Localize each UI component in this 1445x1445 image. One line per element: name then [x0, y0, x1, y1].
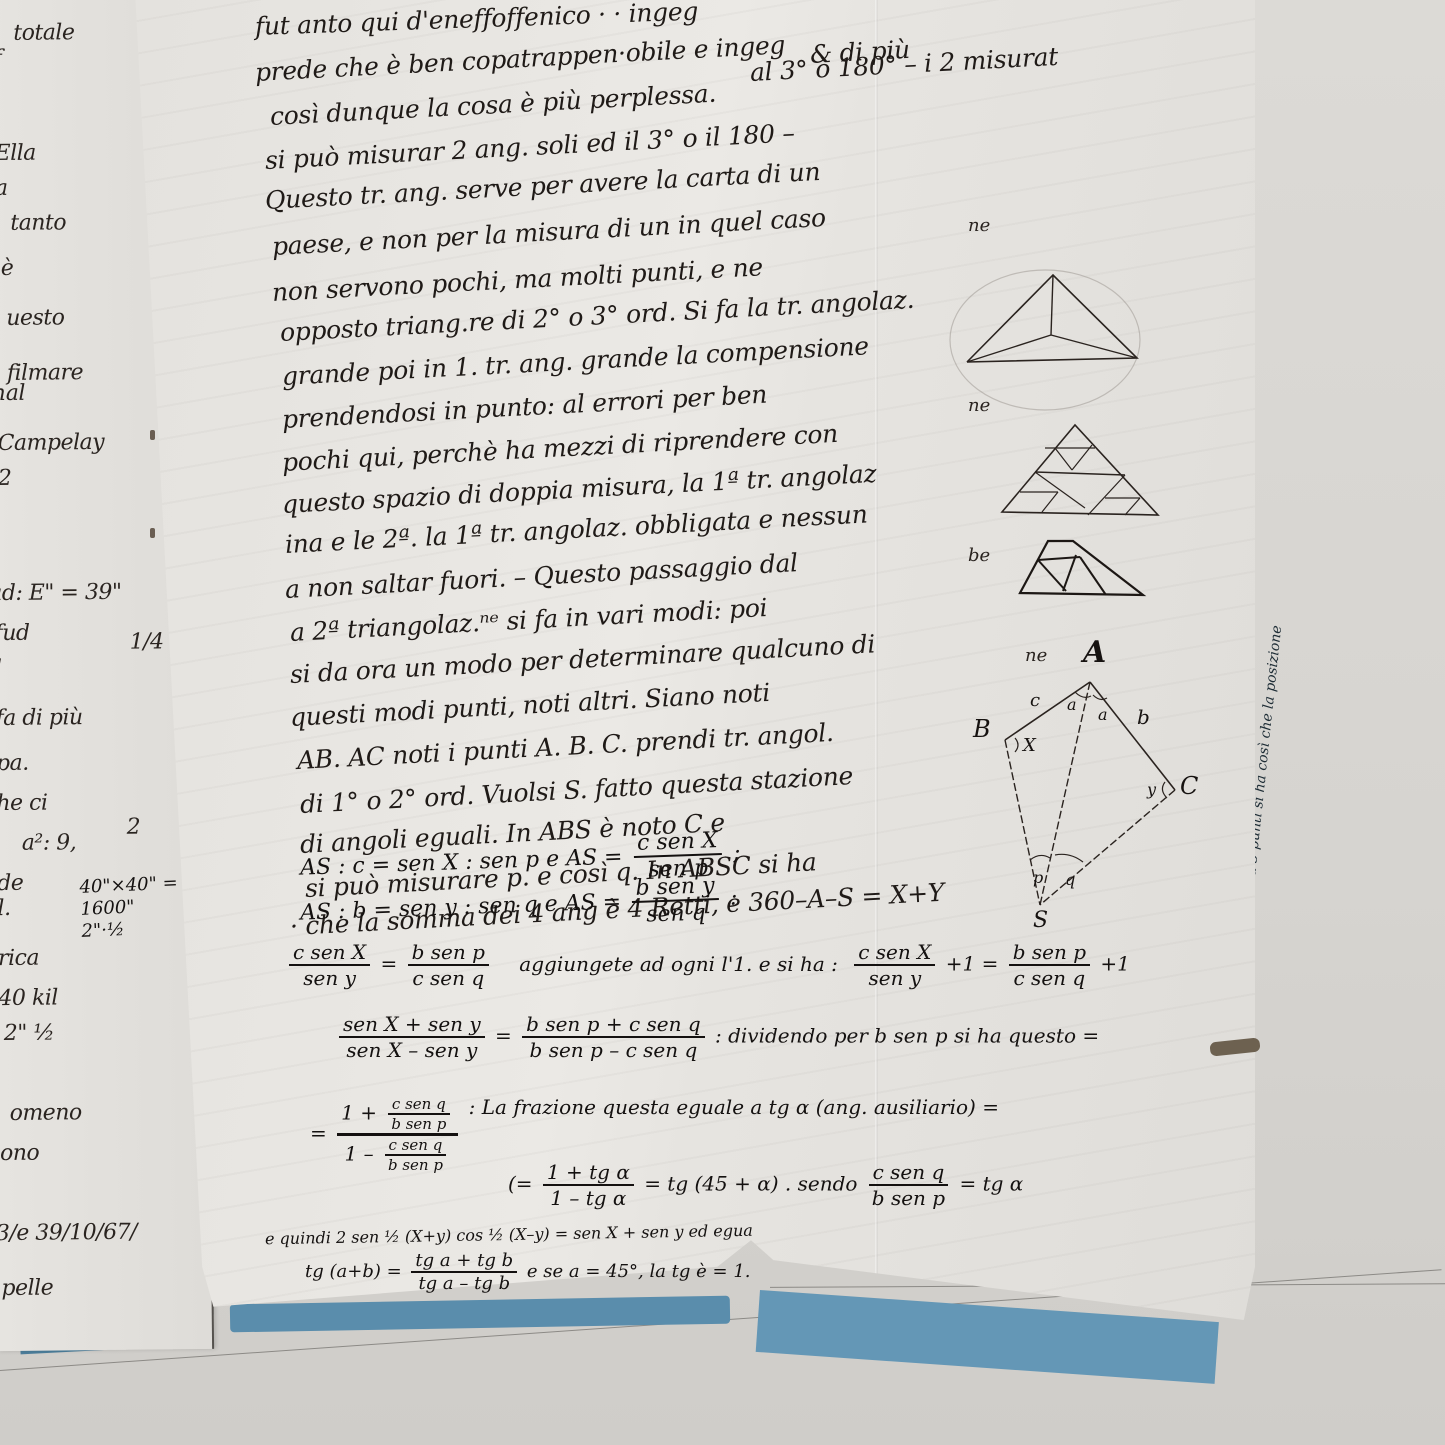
angle-label-y: y: [1147, 780, 1156, 799]
margin-word: be: [968, 545, 990, 566]
calc-line: 40"×40" =: [79, 872, 178, 898]
left-page-line: pelle: [1, 1276, 53, 1302]
left-page-line: hal: [0, 381, 25, 406]
diagram-quadrilateral-abcs: A B C S c b a a X y p q: [975, 640, 1215, 944]
vertex-label-a: A: [1083, 635, 1106, 670]
left-page-line: 2: [0, 466, 12, 491]
triangle-icon: [955, 260, 1155, 410]
left-page-line: pa.: [0, 751, 29, 776]
left-page-line: ono: [0, 1141, 39, 1166]
binding-stitch: [150, 430, 155, 440]
fraction: 1 + tg α 1 – tg α: [543, 1160, 634, 1210]
left-page-line: l.: [0, 896, 11, 921]
left-page-line: rica: [0, 946, 39, 971]
formula-tangent-sum: (= 1 + tg α 1 – tg α = tg (45 + α) . sen…: [508, 1160, 1023, 1210]
vertex-label-c: C: [1180, 772, 1198, 800]
left-page-line: 1/4: [130, 629, 164, 654]
angle-label-x: X: [1023, 735, 1036, 756]
binding-stitch: [150, 528, 155, 538]
triangle-subdivided-icon: [1018, 535, 1158, 600]
left-page-line: fa di più: [0, 705, 83, 731]
fraction: c sen X sen y: [289, 940, 370, 990]
angle-label-a: a: [1098, 705, 1108, 724]
diagram-triangle-interior-point: [955, 260, 1155, 414]
fraction: c sen q b sen p: [387, 1095, 450, 1133]
fraction: b sen p + c sen q b sen p – c sen q: [522, 1012, 704, 1062]
left-page-line: a²: 9,: [22, 830, 77, 856]
angle-label-a: a: [1067, 695, 1077, 714]
fraction: 1 + c sen q b sen p 1 – c sen q b sen p: [337, 1095, 458, 1174]
fraction: b sen p c sen q: [1009, 940, 1090, 990]
left-page-line: 2: [127, 815, 141, 840]
formula-sum-ratio: sen X + sen y sen X – sen y = b sen p + …: [335, 1012, 1099, 1062]
fraction: b sen p c sen q: [408, 940, 489, 990]
vertex-label-b: B: [973, 715, 991, 743]
side-label-b: b: [1137, 705, 1150, 729]
diagram-subdivided-triangle: [1018, 535, 1158, 604]
left-page-line: Campelay: [0, 430, 104, 456]
left-page-line: 3/e 39/10/67/: [0, 1220, 137, 1246]
calc-line: 2"·½: [81, 916, 180, 942]
formula-equate: c sen X sen y = b sen p c sen q aggiunge…: [285, 940, 1130, 990]
left-page-line: de: [0, 871, 23, 896]
left-page-line: totale: [13, 20, 74, 46]
left-page-line: è: [1, 256, 14, 281]
left-page-line: uesto: [6, 305, 64, 331]
left-page-line: he ci: [0, 791, 48, 817]
fraction: sen X + sen y sen X – sen y: [339, 1012, 485, 1062]
angle-label-q: q: [1065, 870, 1075, 889]
left-page-line: 2" ½: [4, 1020, 55, 1046]
angle-label-p: p: [1033, 868, 1043, 887]
diagram-triangulation-network: [1000, 420, 1165, 524]
left-page-line: l: [0, 656, 2, 681]
left-page-line: Ella: [0, 141, 36, 166]
formula-tan-addition: tg (a+b) = tg a + tg b tg a – tg b e se …: [305, 1250, 751, 1294]
side-label-c: c: [1030, 690, 1040, 711]
left-page-line: a: [0, 176, 8, 201]
left-page-line: f: [0, 46, 1, 71]
left-page-line: omeno: [10, 1100, 82, 1126]
fraction: c sen q b sen p: [868, 1160, 949, 1210]
left-page-line: ad: E" = 39": [0, 580, 122, 606]
vertex-label-s: S: [1033, 908, 1048, 933]
left-page-line: 40 kil: [0, 985, 58, 1011]
fraction: c sen q b sen p: [384, 1136, 447, 1174]
triangle-network-icon: [1000, 420, 1165, 520]
quadrilateral-icon: [975, 640, 1215, 940]
margin-word: ne: [968, 215, 990, 236]
left-page-line: tanto: [10, 210, 66, 236]
left-page-calculation: 40"×40" = 1600" 2"·½: [79, 872, 180, 942]
fraction: tg a + tg b tg a – tg b: [411, 1250, 517, 1294]
left-page-line: fud: [0, 621, 30, 646]
fraction: c sen X sen y: [854, 940, 935, 990]
fraction: b sen y sen q: [631, 873, 720, 928]
